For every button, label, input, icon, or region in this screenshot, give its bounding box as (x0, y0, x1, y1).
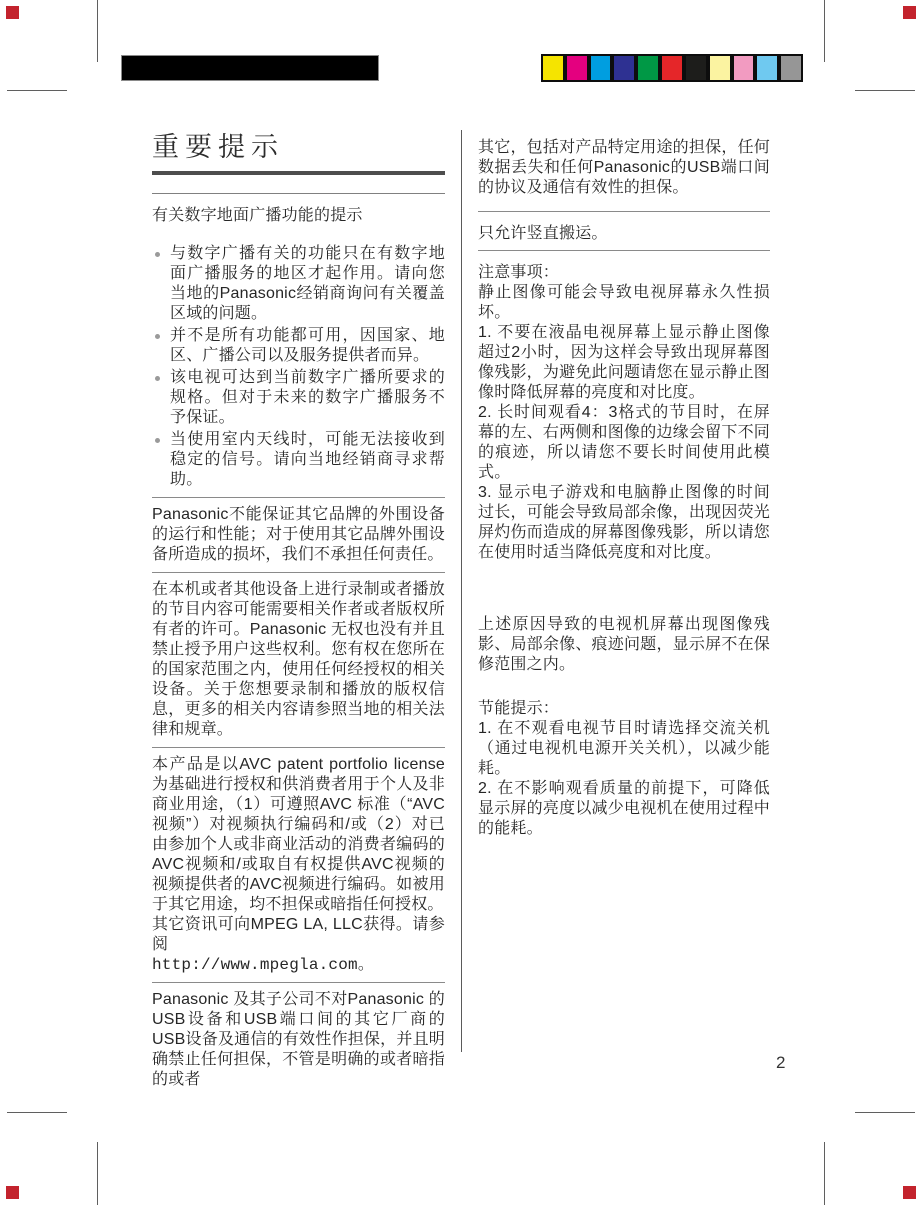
bullet-text: 当使用室内天线时，可能无法接收到稳定的信号。请向当地经销商寻求帮助。 (170, 431, 445, 488)
caution-intro: 静止图像可能会导致电视屏幕永久性损坏。 (478, 283, 770, 323)
color-swatch (755, 54, 779, 82)
energy-heading: 节能提示： (478, 699, 770, 719)
page-number: 2 (776, 1053, 785, 1073)
crop-mark (824, 0, 825, 62)
color-swatch (684, 54, 708, 82)
bullet-dot-icon (155, 334, 160, 339)
color-swatch (660, 54, 684, 82)
bullet-item: 与数字广播有关的功能只在有数字地面广播服务的地区才起作用。请向您当地的Panas… (152, 244, 445, 324)
crop-mark (97, 0, 98, 62)
corner-registration-mark (903, 6, 916, 19)
caution-section: 注意事项： 静止图像可能会导致电视屏幕永久性损坏。 1. 不要在液晶电视屏幕上显… (478, 263, 770, 563)
bullet-item: 并不是所有功能都可用，因国家、地区、广播公司以及服务提供者而异。 (152, 326, 445, 366)
copyright-paragraph: 在本机或者其他设备上进行录制或者播放的节目内容可能需要相关作者或者版权所有者的许… (152, 580, 445, 740)
crop-mark (855, 1112, 915, 1113)
page-title: 重要提示 (152, 130, 445, 164)
section-rule (478, 250, 770, 251)
section-rule (152, 572, 445, 573)
section-rule (152, 747, 445, 748)
crop-mark (855, 90, 915, 91)
manual-page: 重要提示 有关数字地面广播功能的提示 与数字广播有关的功能只在有数字地面广播服务… (0, 0, 922, 1205)
crop-mark (97, 1142, 98, 1205)
corner-registration-mark (6, 6, 19, 19)
bullet-dot-icon (155, 438, 160, 443)
crop-mark (7, 1112, 67, 1113)
bullet-dot-icon (155, 376, 160, 381)
caution-item: 3. 显示电子游戏和电脑静止图像的时间过长，可能会导致局部余像，出现因荧光屏灼伤… (478, 483, 770, 563)
caution-item: 2. 长时间观看4：3格式的节目时，在屏幕的左、右两侧和图像的边缘会留下不同的痕… (478, 403, 770, 483)
avc-contact-line: 其它资讯可向MPEG LA, LLC获得。请参阅 (152, 915, 445, 955)
section-rule (152, 982, 445, 983)
column-divider (461, 130, 462, 1052)
color-swatch (541, 54, 565, 82)
color-swatch (636, 54, 660, 82)
color-swatch (589, 54, 613, 82)
bullet-text: 并不是所有功能都可用，因国家、地区、广播公司以及服务提供者而异。 (170, 327, 445, 364)
section-rule (478, 211, 770, 212)
avc-license-paragraph: 本产品是以AVC patent portfolio license 为基础进行授… (152, 755, 445, 915)
afterimage-warranty-paragraph: 上述原因导致的电视机屏幕出现图像残影、局部余像、痕迹问题，显示屏不在保修范围之内… (478, 615, 770, 675)
title-underline-thin (152, 193, 445, 194)
black-density-bar (121, 55, 379, 81)
mpegla-url: http://www.mpegla.com。 (152, 955, 445, 975)
bullet-item: 当使用室内天线时，可能无法接收到稳定的信号。请向当地经销商寻求帮助。 (152, 430, 445, 490)
left-column: 重要提示 有关数字地面广播功能的提示 与数字广播有关的功能只在有数字地面广播服务… (152, 130, 445, 1090)
energy-item: 1. 在不观看电视节目时请选择交流关机（通过电视机电源开关关机），以减少能耗。 (478, 719, 770, 779)
corner-registration-mark (6, 1186, 19, 1199)
usb-disclaimer-continued-paragraph: 其它，包括对产品特定用途的担保，任何数据丢失和任何Panasonic的USB端口… (478, 138, 770, 198)
energy-item: 2. 在不影响观看质量的前提下，可降低显示屏的亮度以减少电视机在使用过程中的能耗… (478, 779, 770, 839)
color-swatch (708, 54, 732, 82)
caution-heading: 注意事项： (478, 263, 770, 283)
caution-item: 1. 不要在液晶电视屏幕上显示静止图像超过2小时，因为这样会导致出现屏幕图像残影… (478, 323, 770, 403)
bullet-text: 该电视可达到当前数字广播所要求的规格。但对于未来的数字广播服务不予保证。 (170, 369, 445, 426)
bullet-item: 该电视可达到当前数字广播所要求的规格。但对于未来的数字广播服务不予保证。 (152, 368, 445, 428)
digital-broadcast-heading: 有关数字地面广播功能的提示 (152, 206, 445, 226)
carry-upright-note: 只允许竖直搬运。 (478, 224, 770, 244)
peripherals-paragraph: Panasonic不能保证其它品牌的外围设备的运行和性能；对于使用其它品牌外围设… (152, 505, 445, 565)
title-underline-thick (152, 171, 445, 175)
usb-disclaimer-paragraph: Panasonic 及其子公司不对Panasonic 的USB设备和USB端口间… (152, 990, 445, 1090)
color-swatch (565, 54, 589, 82)
color-swatch (732, 54, 756, 82)
right-column: 其它，包括对产品特定用途的担保，任何数据丢失和任何Panasonic的USB端口… (478, 138, 770, 839)
bullet-dot-icon (155, 252, 160, 257)
digital-broadcast-bullet-list: 与数字广播有关的功能只在有数字地面广播服务的地区才起作用。请向您当地的Panas… (152, 244, 445, 490)
bullet-text: 与数字广播有关的功能只在有数字地面广播服务的地区才起作用。请向您当地的Panas… (170, 245, 445, 322)
color-swatch (779, 54, 803, 82)
color-calibration-bar (541, 54, 803, 82)
crop-mark (7, 90, 67, 91)
energy-saving-section: 节能提示： 1. 在不观看电视节目时请选择交流关机（通过电视机电源开关关机），以… (478, 699, 770, 839)
crop-mark (824, 1142, 825, 1205)
corner-registration-mark (903, 1186, 916, 1199)
color-swatch (612, 54, 636, 82)
section-rule (152, 497, 445, 498)
